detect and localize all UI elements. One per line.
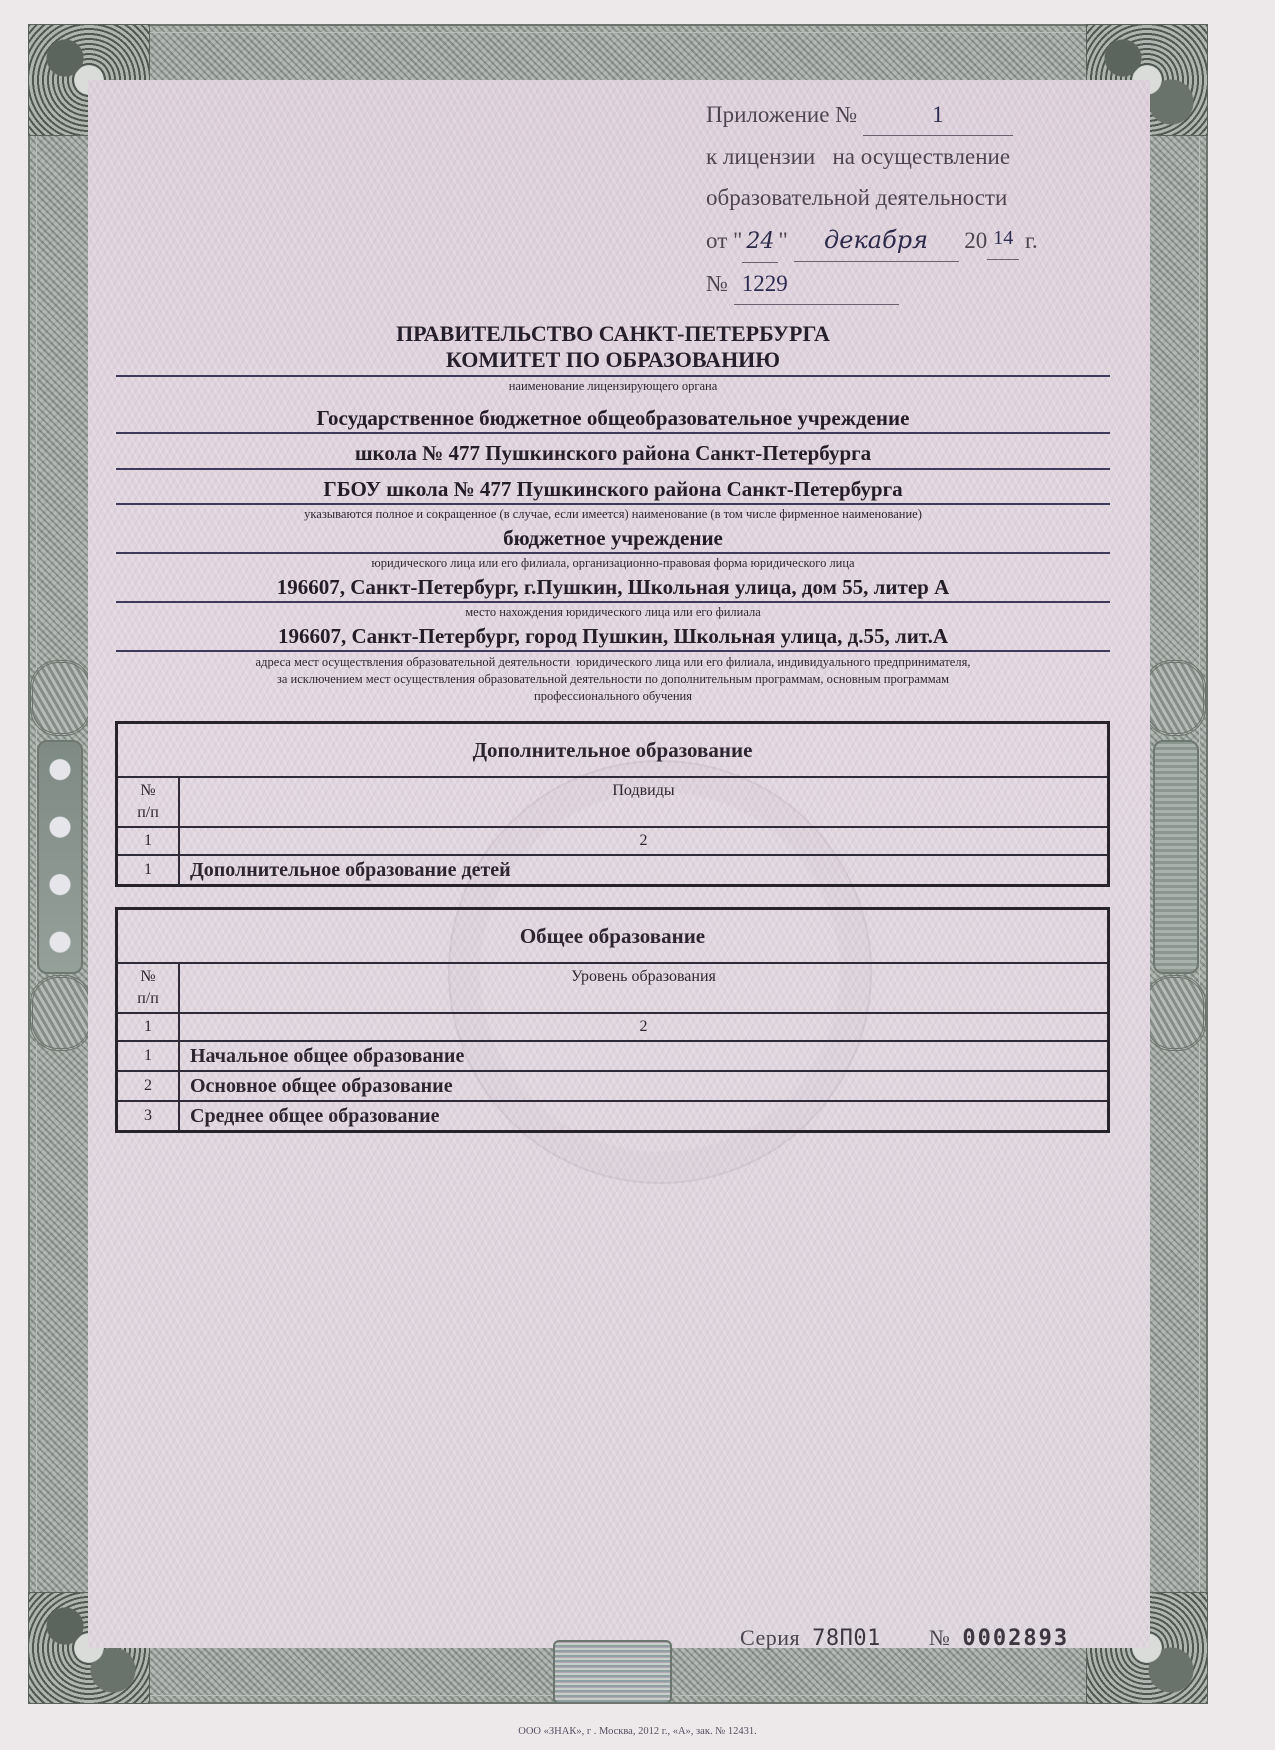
rule xyxy=(116,601,1110,603)
org-legal-address: 196607, Санкт-Петербург, г.Пушкин, Школь… xyxy=(116,575,1110,600)
index-cell: 1 xyxy=(118,828,180,854)
rule xyxy=(116,375,1110,377)
appendix-block: Приложение № 1 к лицензии на осуществлен… xyxy=(706,94,1038,305)
rule xyxy=(116,432,1110,434)
appendix-line-2: к лицензии на осуществление xyxy=(706,136,1038,177)
table-row: 1 Начальное общее образование xyxy=(118,1042,1107,1072)
table-row: 2 Основное общее образование xyxy=(118,1072,1107,1102)
row-number: 1 xyxy=(118,1042,180,1070)
license-number-label: № xyxy=(706,271,728,296)
date-quote: " xyxy=(778,228,787,253)
row-number: 1 xyxy=(118,856,180,884)
row-name: Дополнительное образование детей xyxy=(180,856,1107,884)
year-prefix: 20 xyxy=(964,228,987,253)
authority-caption: наименование лицензирующего органа xyxy=(116,379,1110,394)
org-activity-address-caption: адреса мест осуществления образовательно… xyxy=(116,654,1110,705)
rule xyxy=(116,503,1110,505)
year-suffix: 14 xyxy=(987,218,1019,260)
table-index-row: 1 2 xyxy=(118,828,1107,856)
org-activity-address: 196607, Санкт-Петербург, город Пушкин, Ш… xyxy=(116,624,1110,649)
year-unit: г. xyxy=(1025,228,1038,253)
security-badge-icon xyxy=(553,1640,672,1704)
index-cell: 2 xyxy=(180,1014,1107,1040)
blank-number-value: 0002893 xyxy=(962,1626,1069,1651)
row-number: 2 xyxy=(118,1072,180,1100)
header-text: п/п xyxy=(118,802,178,824)
rule xyxy=(116,552,1110,554)
table-row: 1 Дополнительное образование детей xyxy=(118,856,1107,884)
caption-line: адреса мест осуществления образовательно… xyxy=(116,654,1110,671)
appendix-line-3: образовательной деятельности xyxy=(706,177,1038,218)
series-number-line: Серия 78П01 № 0002893 xyxy=(740,1625,1069,1651)
col-level-header: Уровень образования xyxy=(180,964,1107,1012)
caption-line: за исключением мест осуществления образо… xyxy=(116,671,1110,688)
table-row: 3 Среднее общее образование xyxy=(118,1102,1107,1130)
date-month: декабря xyxy=(794,220,959,262)
index-cell: 1 xyxy=(118,1014,180,1040)
knot-ornament-icon xyxy=(30,660,92,736)
authority-line-1: ПРАВИТЕЛЬСТВО САНКТ-ПЕТЕРБУРГА xyxy=(116,322,1110,346)
org-full-name-line-1: Государственное бюджетное общеобразовате… xyxy=(116,406,1110,431)
general-education-table: Общее образование № п/п Уровень образова… xyxy=(115,907,1110,1133)
header-text: № xyxy=(118,966,178,988)
col-number-header: № п/п xyxy=(118,964,180,1012)
org-legal-address-caption: место нахождения юридического лица или е… xyxy=(116,605,1110,620)
authority-line-2: КОМИТЕТ ПО ОБРАЗОВАНИЮ xyxy=(116,348,1110,372)
table-title: Общее образование xyxy=(118,910,1107,964)
series-label: Серия xyxy=(740,1625,800,1650)
org-short-name: ГБОУ школа № 477 Пушкинского района Санк… xyxy=(116,477,1110,502)
org-full-name-line-2: школа № 477 Пушкинского района Санкт-Пет… xyxy=(116,441,1110,466)
org-legal-form: бюджетное учреждение xyxy=(116,526,1110,551)
header-text: № xyxy=(118,780,178,802)
col-subtype-header: Подвиды xyxy=(180,778,1107,826)
rule xyxy=(116,468,1110,470)
table-index-row: 1 2 xyxy=(118,1014,1107,1042)
index-cell: 2 xyxy=(180,828,1107,854)
appendix-date-line: от "24" декабря 2014 г. xyxy=(706,218,1038,263)
caption-line: профессионального обучения xyxy=(116,688,1110,705)
license-number-line: № 1229 xyxy=(706,263,1038,305)
blank-number-label: № xyxy=(929,1625,951,1650)
date-prefix: от " xyxy=(706,228,742,253)
row-name: Начальное общее образование xyxy=(180,1042,1107,1070)
appendix-number: 1 xyxy=(863,94,1013,136)
row-name: Основное общее образование xyxy=(180,1072,1107,1100)
org-legal-form-caption: юридического лица или его филиала, орган… xyxy=(116,556,1110,571)
series-value: 78П01 xyxy=(812,1626,881,1651)
table-title: Дополнительное образование xyxy=(118,724,1107,778)
header-text: п/п xyxy=(118,988,178,1010)
appendix-number-line: Приложение № 1 xyxy=(706,94,1038,136)
knot-ornament-icon xyxy=(1144,975,1206,1051)
knot-ornament-icon xyxy=(30,975,92,1051)
additional-education-table: Дополнительное образование № п/п Подвиды… xyxy=(115,721,1110,887)
org-name-caption: указываются полное и сокращенное (в случ… xyxy=(116,507,1110,522)
knot-ornament-icon xyxy=(1144,660,1206,736)
hologram-panel-icon xyxy=(1153,740,1199,974)
table-header-row: № п/п Уровень образования xyxy=(118,964,1107,1014)
star-panel-icon xyxy=(37,740,83,974)
date-day: 24 xyxy=(742,221,778,263)
col-number-header: № п/п xyxy=(118,778,180,826)
printer-imprint: ООО «ЗНАК», г . Москва, 2012 г., «А», за… xyxy=(0,1726,1275,1737)
table-header-row: № п/п Подвиды xyxy=(118,778,1107,828)
license-number: 1229 xyxy=(734,263,899,305)
row-name: Среднее общее образование xyxy=(180,1102,1107,1130)
rule xyxy=(116,650,1110,652)
appendix-label: Приложение № xyxy=(706,102,857,127)
row-number: 3 xyxy=(118,1102,180,1130)
